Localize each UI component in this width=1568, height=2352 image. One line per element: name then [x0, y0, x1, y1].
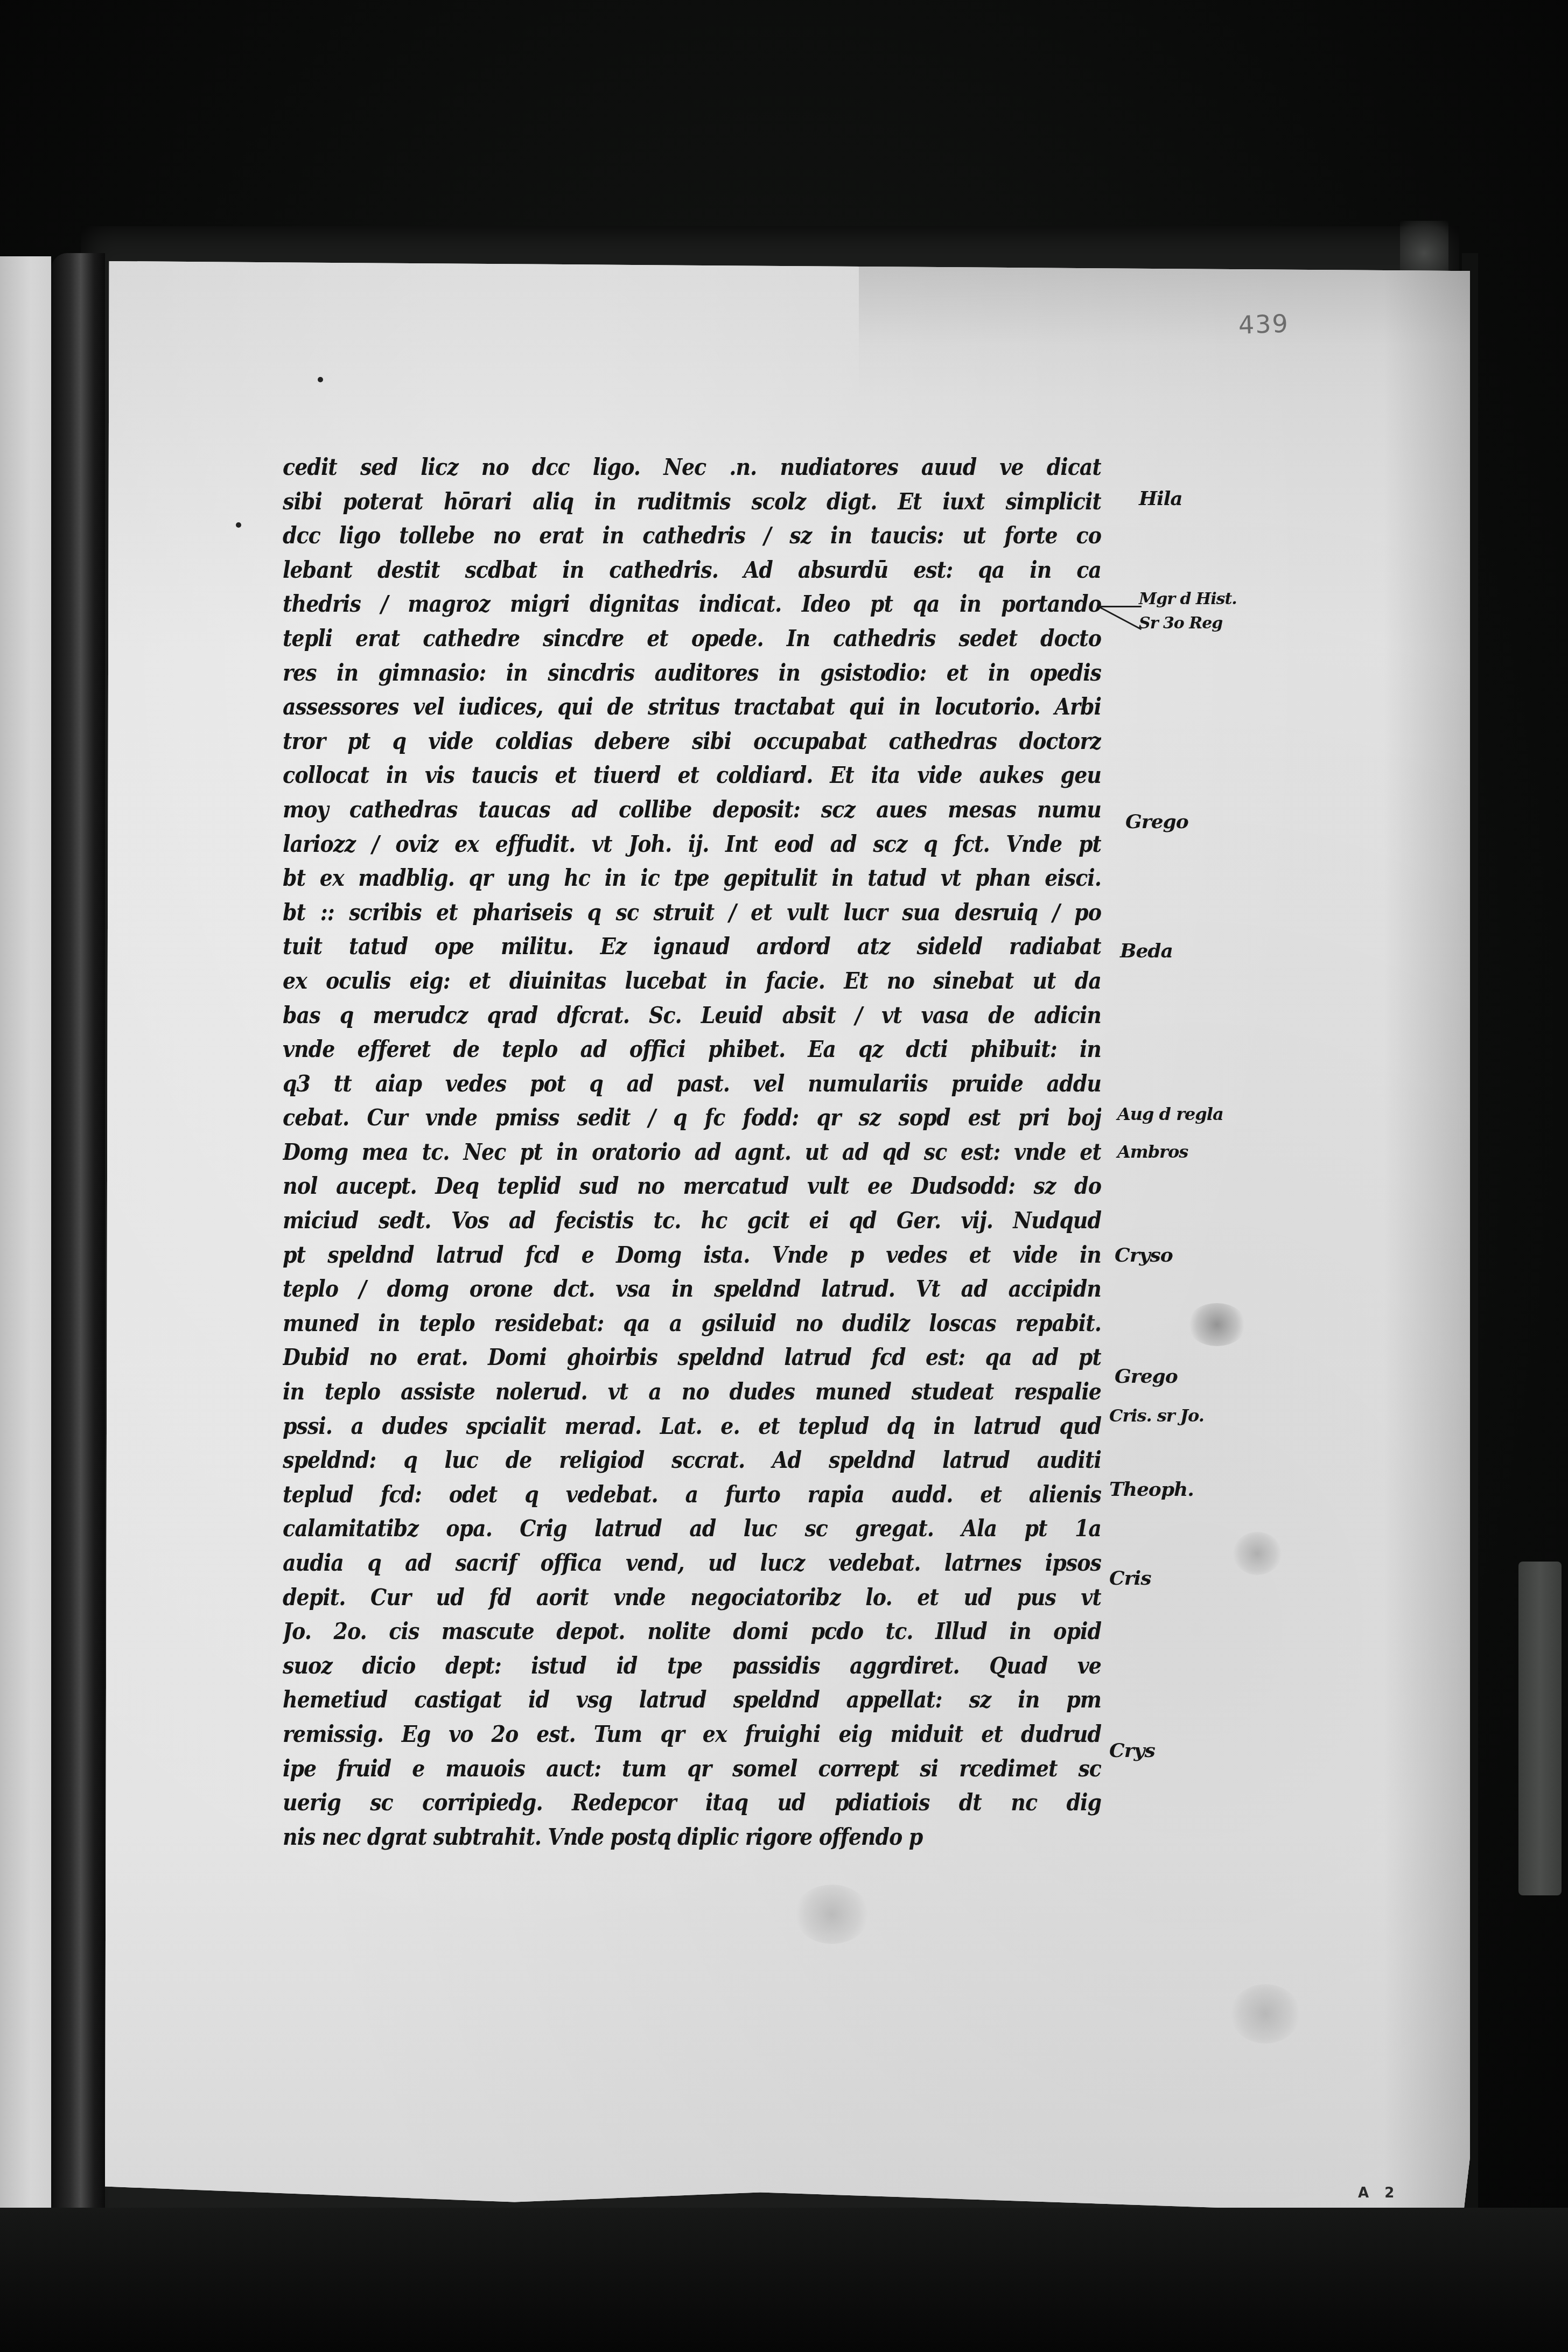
- prick-mark: [318, 377, 323, 382]
- prick-mark: [236, 522, 241, 528]
- text-line: vnde efferet de teplo ad offici phibet. …: [283, 1033, 1101, 1073]
- text-line: pssi. a dudes spcialit merad. Lat. e. et…: [283, 1410, 1101, 1450]
- text-line: bt :: scribis et phariseis q sc struit /…: [283, 897, 1101, 936]
- text-line: res in gimnasio: in sincdris auditores i…: [283, 657, 1101, 696]
- stain-spot: [794, 1885, 870, 1944]
- microfilm-frame: 439 A 2 cedit sed licz no dcc ligo. Nec …: [0, 0, 1568, 2352]
- text-line: tror pt q vide coldias debere sibi occup…: [283, 725, 1101, 765]
- quire-signature-mark: A 2: [1358, 2185, 1399, 2201]
- text-line: calamitatibz opa. Crig latrud ad luc sc …: [283, 1513, 1101, 1552]
- text-line: muned in teplo residebat: qa a gsiluid n…: [283, 1307, 1101, 1347]
- margin-gloss: Mgr d Hist.: [1139, 590, 1237, 608]
- margin-gloss: Hila: [1139, 487, 1182, 510]
- margin-gloss: Crys: [1109, 1739, 1155, 1762]
- text-line: miciud sedt. Vos ad fecistis tc. hc gcit…: [283, 1205, 1101, 1244]
- text-line: Dubid no erat. Domi ghoirbis speldnd lat…: [283, 1341, 1101, 1381]
- text-line: lebant destit scdbat in cathedris. Ad ab…: [283, 554, 1101, 593]
- text-line: teplo / domg orone dct. vsa in speldnd l…: [283, 1273, 1101, 1312]
- text-line: audia q ad sacrif offica vend, ud lucz v…: [283, 1547, 1101, 1586]
- text-line: ex oculis eig: et diuinitas lucebat in f…: [283, 965, 1101, 1004]
- text-line: nis nec dgrat subtrahit. Vnde postq dipl…: [283, 1821, 1101, 1860]
- photo-bottom-shadow: [0, 2208, 1568, 2352]
- text-line: remissig. Eg vo 2o est. Tum qr ex fruigh…: [283, 1718, 1101, 1758]
- text-line: cebat. Cur vnde pmiss sedit / q fc fodd:…: [283, 1102, 1101, 1141]
- stain-spot: [1230, 1984, 1300, 2043]
- text-line: pt speldnd latrud fcd e Domg ista. Vnde …: [283, 1239, 1101, 1278]
- stain-spot: [1233, 1532, 1282, 1575]
- text-line: Jo. 2o. cis mascute depot. nolite domi p…: [283, 1615, 1101, 1655]
- book-gutter: [51, 253, 105, 2235]
- text-line: suoz dicio dept: istud id tpe passidis a…: [283, 1650, 1101, 1689]
- text-line: thedris / magroz migri dignitas indicat.…: [283, 588, 1101, 627]
- text-line: depit. Cur ud fd aorit vnde negociatorib…: [283, 1581, 1101, 1621]
- margin-gloss: Cris: [1109, 1567, 1151, 1590]
- facing-page-edge: [0, 256, 51, 2222]
- folio-edge-shading: [1384, 261, 1470, 2216]
- water-stain-top: [859, 261, 1470, 401]
- text-line: in teplo assiste nolerud. vt a no dudes …: [283, 1376, 1101, 1415]
- margin-gloss: Beda: [1120, 940, 1173, 962]
- text-line: sibi poterat hōrari aliq in ruditmis sco…: [283, 486, 1101, 525]
- text-line: hemetiud castigat id vsg latrud speldnd …: [283, 1684, 1101, 1723]
- text-line: cedit sed licz no dcc ligo. Nec .n. nudi…: [283, 451, 1101, 491]
- text-line: tepli erat cathedre sincdre et opede. In…: [283, 622, 1101, 662]
- margin-gloss: Theoph.: [1109, 1478, 1194, 1501]
- margin-gloss: Grego: [1115, 1365, 1178, 1388]
- text-line: moy cathedras taucas ad collibe deposit:…: [283, 794, 1101, 833]
- margin-gloss: Sr 3o Reg: [1139, 614, 1222, 633]
- margin-gloss: Cris. sr Jo.: [1109, 1405, 1204, 1426]
- text-line: bas q merudcz qrad dfcrat. Sc. Leuid abs…: [283, 999, 1101, 1039]
- text-line: teplud fcd: odet q vedebat. a furto rapi…: [283, 1479, 1101, 1518]
- margin-gloss: Cryso: [1115, 1244, 1173, 1266]
- text-line: assessores vel iudices, qui de stritus t…: [283, 691, 1101, 730]
- text-line: nol aucept. Deq teplid sud no mercatud v…: [283, 1170, 1101, 1209]
- gloss-bracket-line: [1098, 606, 1142, 607]
- photo-side-strip: [1518, 1562, 1562, 1895]
- main-text-column: cedit sed licz no dcc ligo. Nec .n. nudi…: [283, 451, 1101, 1855]
- text-line: tuit tatud ope militu. Ez ignaud ardord …: [283, 930, 1101, 970]
- text-line: uerig sc corripiedg. Redepcor itaq ud pd…: [283, 1787, 1101, 1826]
- text-line: collocat in vis taucis et tiuerd et cold…: [283, 759, 1101, 799]
- text-line: bt ex madblig. qr ung hc in ic tpe gepit…: [283, 862, 1101, 901]
- margin-gloss: Aug d regla: [1117, 1104, 1223, 1124]
- text-line: ipe fruid e mauois auct: tum qr somel co…: [283, 1753, 1101, 1792]
- text-line: dcc ligo tollebe no erat in cathedris / …: [283, 520, 1101, 559]
- text-line: q3 tt aiap vedes pot q ad past. vel numu…: [283, 1068, 1101, 1107]
- ink-blot: [1187, 1303, 1247, 1346]
- folio-number: 439: [1238, 309, 1290, 339]
- text-line: lariozz / oviz ex effudit. vt Joh. ij. I…: [283, 828, 1101, 867]
- text-line: speldnd: q luc de religiod sccrat. Ad sp…: [283, 1444, 1101, 1483]
- margin-gloss: Ambros: [1117, 1142, 1188, 1162]
- margin-gloss: Grego: [1125, 810, 1188, 833]
